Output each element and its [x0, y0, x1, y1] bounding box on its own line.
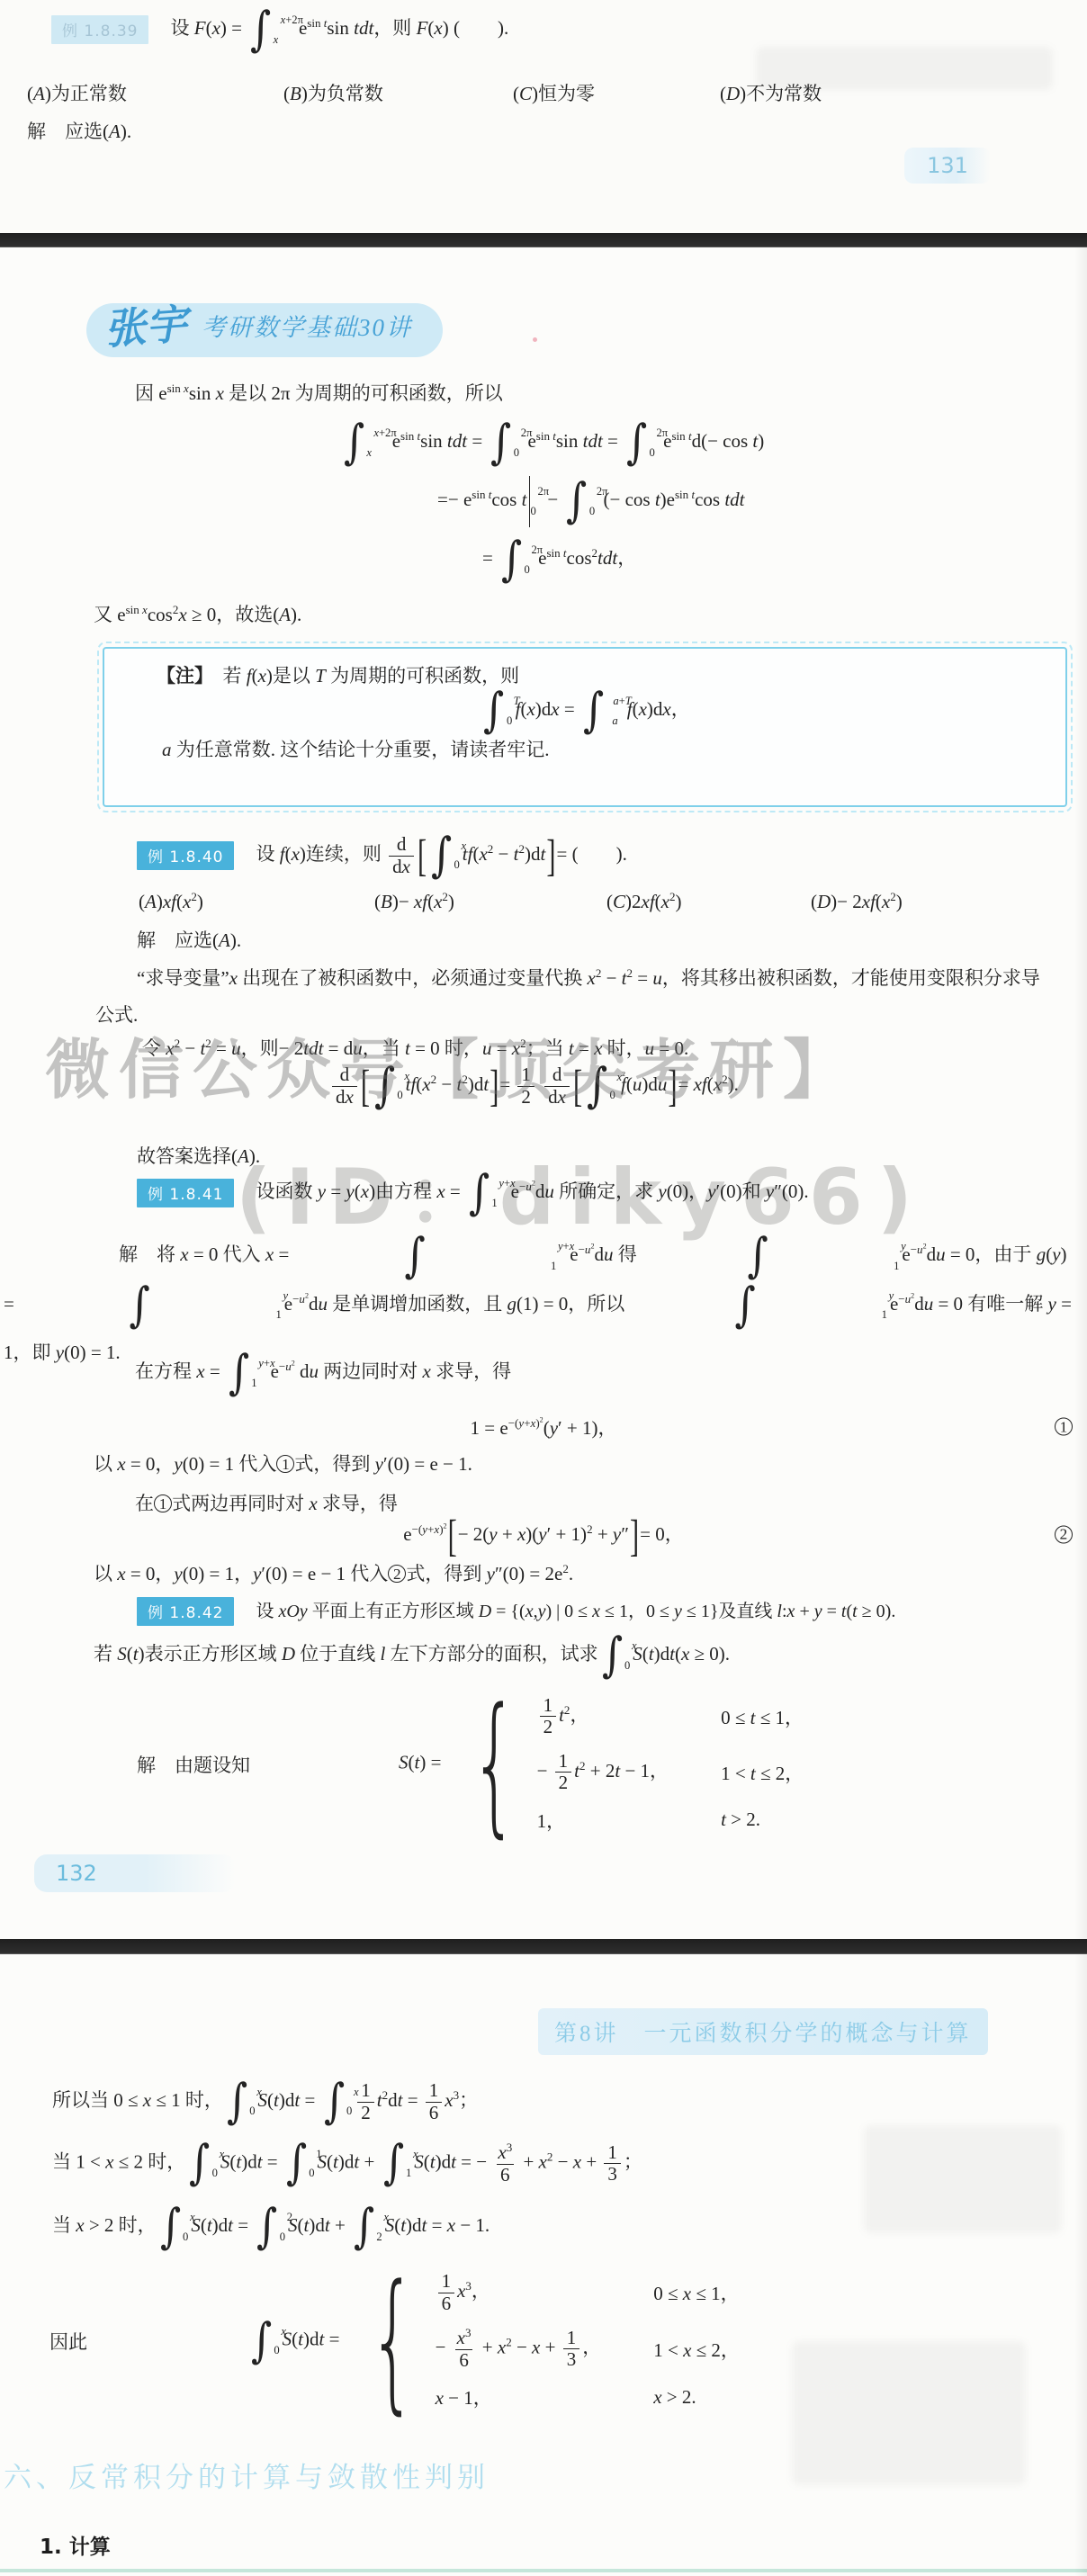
example-badge: 例 1.8.41	[137, 1179, 234, 1207]
running-header: 第8讲 一元函数积分学的概念与计算	[538, 2008, 988, 2055]
page-fragment-133: 第8讲 一元函数积分学的概念与计算 所以当 0 ≤ x ≤ 1 时，∫x0S(t…	[0, 1954, 1087, 2576]
bleed-through-artifact	[864, 2125, 1062, 2233]
bleed-through-artifact	[792, 2341, 1026, 2485]
example-1-8-40-heading: 例 1.8.40 设 f(x)连续，则 ddx[∫x0tf(x2 − t2)dt…	[137, 834, 627, 877]
equation-tag-2: 2	[1055, 1523, 1073, 1546]
solution39-equation-2: =− esin tcos t2π0 − ∫2π0(− cos t)esin tc…	[437, 476, 745, 527]
page-fragment-131: 例 1.8.39 设 F(x) = ∫x+2πxesin tsin tdt，则 …	[0, 0, 1087, 233]
piecewise-s-of-t: S(t) = {12t2，0 ≤ t ≤ 1，− 12t2 + 2t − 1，1…	[399, 1692, 804, 1836]
option-c: (C)2xf(x2)	[606, 890, 811, 913]
problem-statement: 设 F(x) = ∫x+2πxesin tsin tdt，则 F(x) ( ).	[170, 9, 508, 50]
solution41-paragraph-2: 在方程 x = ∫y+x1e−u2 du 两边同时对 x 求导，得	[135, 1352, 511, 1394]
solution39-equation-1: ∫x+2πxesin tsin tdt = ∫2π0esin tsin tdt …	[340, 422, 764, 463]
problem-statement: 设函数 y = y(x)由方程 x = ∫y+x1e−u2du 所确定，求 y(…	[256, 1172, 808, 1214]
problem-statement: 设 xOy 平面上有正方形区域 D = {(x,y) | 0 ≤ x ≤ 1，0…	[256, 1598, 895, 1626]
therefore-label: 因此	[49, 2328, 87, 2355]
case-1-line: 所以当 0 ≤ x ≤ 1 时，∫x0S(t)dt = ∫x012t2dt = …	[52, 2080, 478, 2123]
page-separator	[0, 1939, 1087, 1954]
option-a: (A)xf(x2)	[139, 890, 374, 913]
solution41-paragraph-3: 以 x = 0，y(0) = 1 代入1式，得到 y′(0) = e − 1.	[94, 1450, 472, 1479]
case-2-line: 当 1 < x ≤ 2 时，∫x0S(t)dt = ∫10S(t)dt + ∫x…	[52, 2141, 642, 2186]
equation-body: e−(y+x)2[− 2(y + x)(y′ + 1)2 + y″]= 0，	[403, 1523, 683, 1545]
problem-statement: 设 f(x)连续，则 ddx[∫x0tf(x2 − t2)dt]= ( ).	[256, 834, 626, 877]
solution41-paragraph-5: 以 x = 0，y(0) = 1，y′(0) = e − 1 代入2式，得到 y…	[94, 1559, 573, 1589]
solution41-equation-2: e−(y+x)2[− 2(y + x)(y′ + 1)2 + y″]= 0， 2	[0, 1520, 1087, 1549]
example-1-8-42-heading: 例 1.8.42 设 xOy 平面上有正方形区域 D = {(x,y) | 0 …	[137, 1597, 895, 1626]
case-3-line: 当 x > 2 时，∫x0S(t)dt = ∫20S(t)dt + ∫x2S(t…	[52, 2206, 490, 2248]
options-row: (A)xf(x2) (B)− xf(x2) (C)2xf(x2) (D)− 2x…	[139, 890, 903, 913]
brand-script-logo: 张宇	[103, 304, 189, 351]
bottom-rule	[0, 2569, 1087, 2572]
note-box: 【注】 若 f(x)是以 T 为周期的可积函数，则 ∫T0f(x)dx = ∫a…	[103, 647, 1067, 807]
section-heading-improper-integrals: 六、反常积分的计算与敛散性判别	[4, 2455, 490, 2495]
solution42-block: 解 由题设知 S(t) = {12t2，0 ≤ t ≤ 1，− 12t2 + 2…	[137, 1692, 804, 1836]
option-b: (B)为负常数	[283, 79, 513, 106]
example-1-8-39-heading: 例 1.8.39 设 F(x) = ∫x+2πxesin tsin tdt，则 …	[51, 9, 508, 50]
option-c: (C)恒为零	[513, 79, 720, 106]
options-row: (A)为正常数 (B)为负常数 (C)恒为零 (D)不为常数	[27, 79, 822, 106]
scan-artifact-dot	[533, 337, 537, 342]
solution40-conclusion: 故答案选择(A).	[137, 1142, 260, 1171]
page-number-131: 131	[904, 148, 991, 184]
solution40-paragraph-1: “求导变量”x 出现在了被积函数中，必须通过变量代换 x2 − t2 = u，将…	[95, 960, 1051, 1034]
final-result-block: 因此 ∫x0S(t)dt = {16x3，0 ≤ x ≤ 1，− x36 + x…	[49, 2269, 740, 2413]
note-text: 若 f(x)是以 T 为周期的可积函数，则	[204, 665, 520, 687]
solution39-conclusion: 又 esin xcos2x ≥ 0，故选(A).	[94, 600, 301, 630]
option-d: (D)− 2xf(x2)	[811, 890, 903, 913]
example-badge: 例 1.8.40	[137, 841, 234, 870]
note-equation: ∫T0f(x)dx = ∫a+Taf(x)dx，	[137, 690, 1033, 732]
page-number-132: 132	[34, 1854, 236, 1892]
answer-line: 解 应选(A).	[137, 926, 241, 956]
solution39-paragraph: 因 esin xsin x 是以 2π 为周期的可积函数，所以	[135, 379, 503, 408]
solution41-paragraph-4: 在1式两边再同时对 x 求导，得	[135, 1489, 398, 1519]
subsection-heading-compute: 1. 计算	[40, 2530, 111, 2560]
solution40-equation: ddx[∫x0tf(x2 − t2)dt]= 12 ddx[∫x20f(u)du…	[329, 1064, 739, 1108]
example-badge: 例 1.8.39	[51, 15, 148, 44]
option-a: (A)为正常数	[27, 79, 283, 106]
example-badge: 例 1.8.42	[137, 1597, 234, 1626]
example42-statement-line2: 若 S(t)表示正方形区域 D 位于直线 l 左下方部分的面积，试求∫x0S(t…	[94, 1635, 730, 1676]
note-label: 【注】	[157, 665, 204, 687]
note-tail-line: a 为任意常数. 这个结论十分重要，请读者牢记.	[162, 735, 1033, 762]
solution-label: 解 由题设知	[137, 1751, 250, 1778]
scanned-textbook-view: { "colors": { "badge_cyan": "#49b2db", "…	[0, 0, 1087, 2574]
brand-title: 考研数学基础30讲	[202, 316, 412, 340]
page-fragment-132: 张宇 考研数学基础30讲 因 esin xsin x 是以 2π 为周期的可积函…	[0, 247, 1087, 1939]
answer-line: 解 应选(A).	[27, 117, 131, 147]
option-b: (B)− xf(x2)	[374, 890, 606, 913]
solution39-equation-3: = ∫2π0esin tcos2tdt，	[482, 539, 636, 580]
example-1-8-41-heading: 例 1.8.41 设函数 y = y(x)由方程 x = ∫y+x1e−u2du…	[137, 1172, 809, 1214]
page-separator	[0, 233, 1087, 247]
option-d: (D)不为常数	[720, 79, 822, 106]
brand-pill: 张宇 考研数学基础30讲	[86, 303, 443, 357]
piecewise-integral-result: ∫x0S(t)dt = {16x3，0 ≤ x ≤ 1，− x36 + x2 −…	[247, 2269, 740, 2413]
solution41-equation-1: 1 = e−(y+x)2(y′ + 1)， 1	[0, 1414, 1087, 1441]
equation-tag-1: 1	[1055, 1416, 1073, 1439]
equation-body: 1 = e−(y+x)2(y′ + 1)，	[471, 1417, 617, 1439]
book-brand-header: 张宇 考研数学基础30讲	[86, 303, 443, 357]
